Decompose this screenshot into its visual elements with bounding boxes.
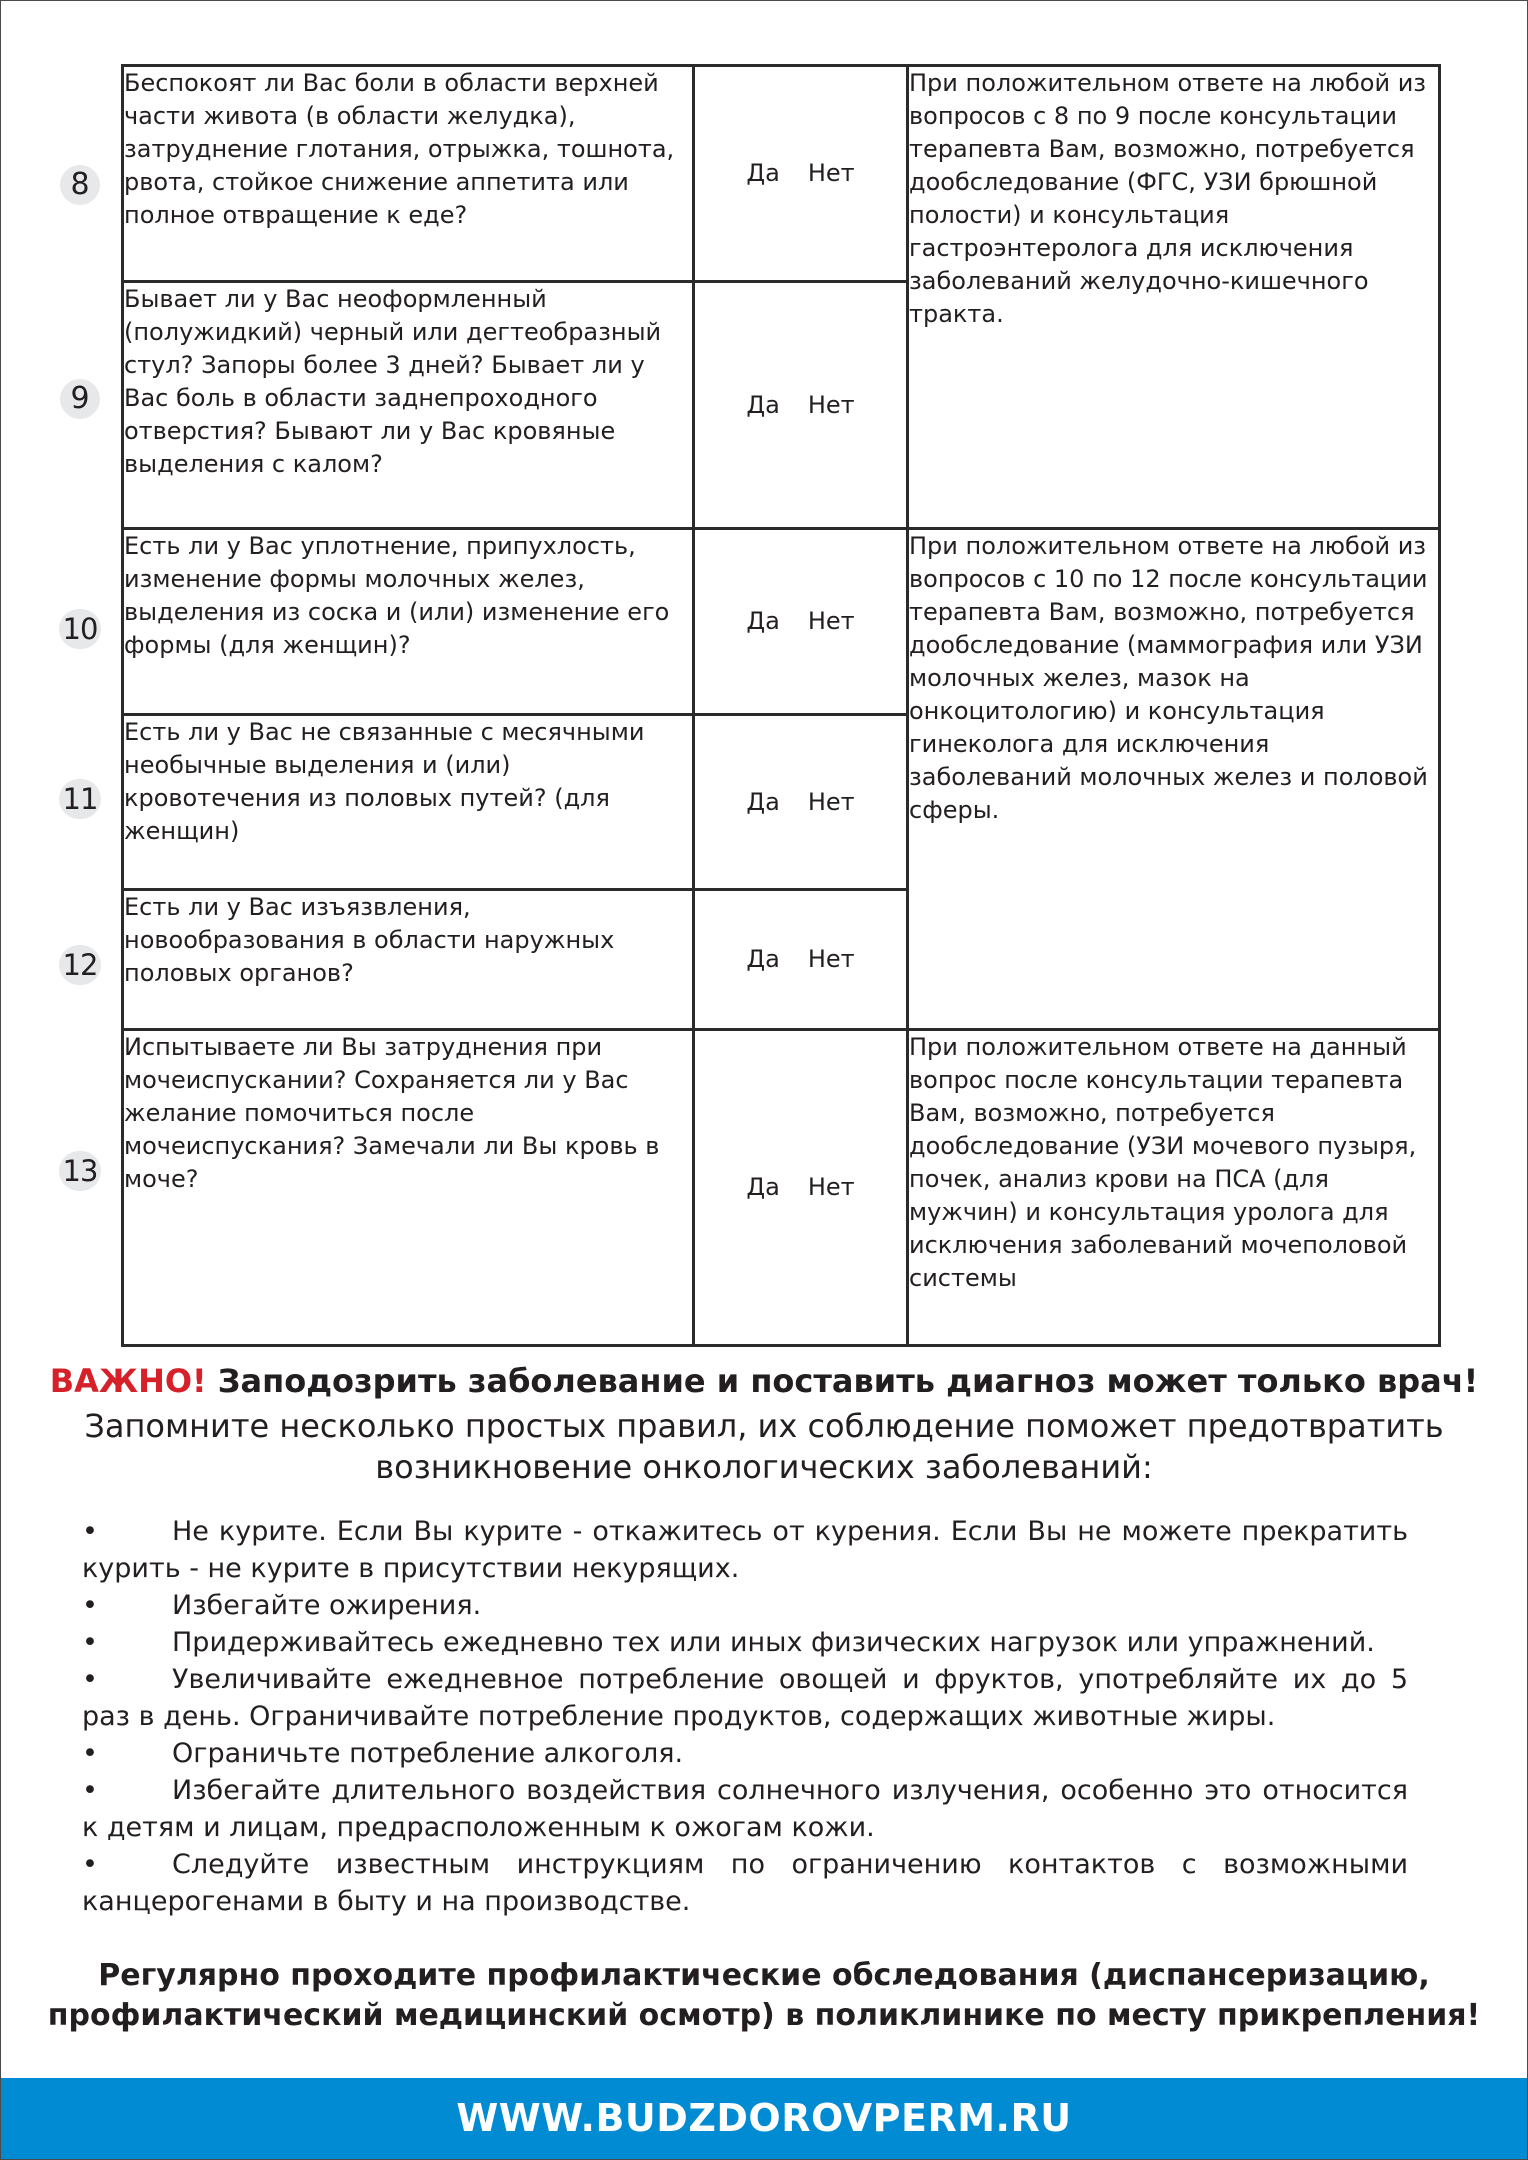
answer-cell: ДаНет (694, 66, 908, 282)
question-number-badge: 12 (59, 945, 101, 985)
recommendation-note: При положительном ответе на любой из воп… (908, 66, 1440, 529)
rules-intro: Запомните несколько простых правил, их с… (0, 1406, 1528, 1488)
bullet-icon: • (82, 1624, 172, 1661)
rule-item: •Ограничьте потребление алкоголя. (82, 1735, 1408, 1772)
answer-no-option[interactable]: Нет (808, 786, 855, 819)
answer-yes-option[interactable]: Да (746, 605, 779, 638)
rule-text: Избегайте длительного воздействия солнеч… (82, 1775, 1408, 1843)
important-label: ВАЖНО! (50, 1362, 207, 1400)
answer-yes-option[interactable]: Да (746, 1171, 779, 1204)
question-row: Есть ли у Вас уплотнение, припухлость, и… (123, 529, 1440, 715)
important-notice: ВАЖНО! Заподозрить заболевание и постави… (0, 1362, 1528, 1400)
answer-cell: ДаНет (694, 890, 908, 1030)
important-text: Заподозрить заболевание и поставить диаг… (218, 1362, 1478, 1400)
question-text: Есть ли у Вас уплотнение, припухлость, и… (123, 529, 694, 715)
rule-text: Следуйте известным инструкциям по ограни… (82, 1849, 1408, 1917)
bullet-icon: • (82, 1587, 172, 1624)
question-number-badge: 13 (59, 1151, 101, 1191)
question-number-badge: 9 (60, 379, 100, 419)
answer-yes-option[interactable]: Да (746, 786, 779, 819)
rule-text: Не курите. Если Вы курите - откажитесь о… (82, 1516, 1408, 1584)
answer-yes-option[interactable]: Да (746, 943, 779, 976)
question-text: Испытываете ли Вы затруднения при мочеис… (123, 1030, 694, 1346)
rule-item: •Избегайте длительного воздействия солне… (82, 1772, 1408, 1846)
bullet-icon: • (82, 1772, 172, 1809)
rule-item: •Не курите. Если Вы курите - откажитесь … (82, 1513, 1408, 1587)
answer-cell: ДаНет (694, 529, 908, 715)
prevention-rules-list: •Не курите. Если Вы курите - откажитесь … (82, 1513, 1408, 1920)
answer-no-option[interactable]: Нет (808, 605, 855, 638)
bullet-icon: • (82, 1513, 172, 1550)
website-link[interactable]: WWW.BUDZDOROVPERM.RU (456, 2078, 1071, 2159)
answer-yes-option[interactable]: Да (746, 157, 779, 190)
questionnaire-table: Беспокоят ли Вас боли в области верхней … (121, 64, 1441, 1347)
rule-item: •Избегайте ожирения. (82, 1587, 1408, 1624)
rule-item: •Придерживайтесь ежедневно тех или иных … (82, 1624, 1408, 1661)
question-text: Есть ли у Вас не связанные с месячными н… (123, 715, 694, 890)
footer-banner: WWW.BUDZDOROVPERM.RU (1, 2078, 1527, 2159)
answer-no-option[interactable]: Нет (808, 389, 855, 422)
answer-no-option[interactable]: Нет (808, 1171, 855, 1204)
question-number-badge: 11 (59, 779, 101, 819)
rule-text: Ограничьте потребление алкоголя. (172, 1738, 683, 1769)
question-row: Беспокоят ли Вас боли в области верхней … (123, 66, 1440, 282)
bullet-icon: • (82, 1846, 172, 1883)
question-row: Испытываете ли Вы затруднения при мочеис… (123, 1030, 1440, 1346)
answer-no-option[interactable]: Нет (808, 943, 855, 976)
question-number-badge: 8 (60, 165, 100, 205)
bullet-icon: • (82, 1735, 172, 1772)
rule-item: •Увеличивайте ежедневное потребление ово… (82, 1661, 1408, 1735)
closing-call-to-action: Регулярно проходите профилактические обс… (0, 1956, 1528, 2036)
answer-yes-option[interactable]: Да (746, 389, 779, 422)
recommendation-note: При положительном ответе на данный вопро… (908, 1030, 1440, 1346)
answer-cell: ДаНет (694, 715, 908, 890)
answer-cell: ДаНет (694, 282, 908, 529)
answer-cell: ДаНет (694, 1030, 908, 1346)
rule-item: •Следуйте известным инструкциям по огран… (82, 1846, 1408, 1920)
answer-no-option[interactable]: Нет (808, 157, 855, 190)
bullet-icon: • (82, 1661, 172, 1698)
rule-text: Придерживайтесь ежедневно тех или иных ф… (172, 1627, 1375, 1658)
rule-text: Избегайте ожирения. (172, 1590, 481, 1621)
recommendation-note: При положительном ответе на любой из воп… (908, 529, 1440, 1030)
rule-text: Увеличивайте ежедневное потребление овощ… (82, 1664, 1408, 1732)
question-text: Бывает ли у Вас неоформленный (полужидки… (123, 282, 694, 529)
question-number-badge: 10 (59, 609, 101, 649)
question-text: Есть ли у Вас изъязвления, новообразован… (123, 890, 694, 1030)
question-text: Беспокоят ли Вас боли в области верхней … (123, 66, 694, 282)
